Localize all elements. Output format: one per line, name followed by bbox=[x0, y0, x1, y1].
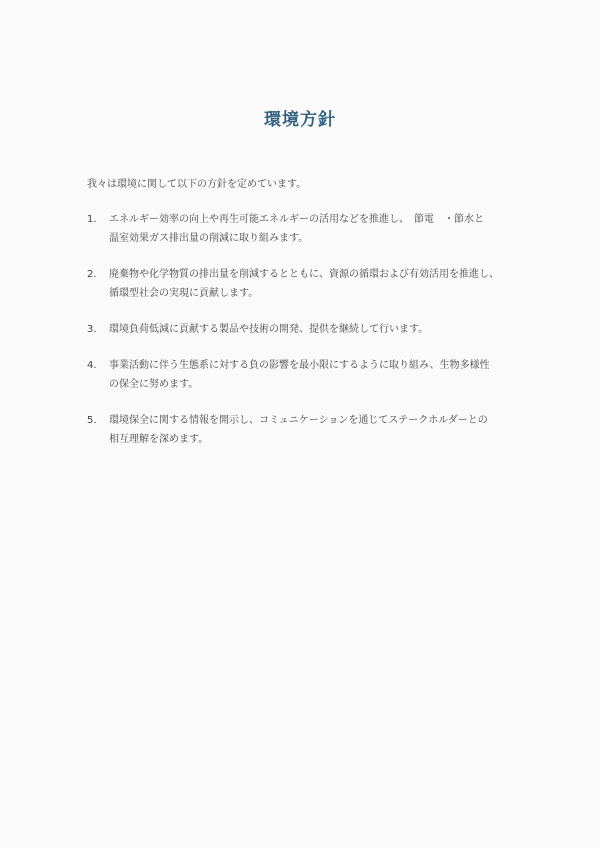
policy-list: 1. エネルギー効率の向上や再生可能エネルギーの活用などを推進し、 節電 ・節水… bbox=[87, 210, 547, 466]
intro-text: 我々は環境に関して以下の方針を定めています。 bbox=[87, 175, 306, 190]
item-number: 1. bbox=[87, 210, 97, 229]
policy-item-1: 1. エネルギー効率の向上や再生可能エネルギーの活用などを推進し、 節電 ・節水… bbox=[87, 210, 547, 248]
item-text-line: 事業活動に伴う生態系に対する負の影響を最小限にするように取り組み、生物多様性 bbox=[109, 356, 547, 375]
item-text-line: 循環型社会の実現に貢献します。 bbox=[109, 284, 547, 303]
item-text-line: の保全に努めます。 bbox=[109, 375, 547, 394]
item-text-line: 相互理解を深めます。 bbox=[109, 430, 547, 449]
item-text-line: 温室効果ガス排出量の削減に取り組みます。 bbox=[109, 229, 547, 248]
item-text-line: 環境保全に関する情報を開示し、コミュニケーションを通じてステークホルダーとの bbox=[109, 411, 547, 430]
item-number: 4. bbox=[87, 356, 97, 375]
policy-item-5: 5. 環境保全に関する情報を開示し、コミュニケーションを通じてステークホルダーと… bbox=[87, 411, 547, 449]
policy-item-2: 2. 廃棄物や化学物質の排出量を削減するとともに、資源の循環および有効活用を推進… bbox=[87, 265, 547, 303]
policy-item-3: 3. 環境負荷低減に貢献する製品や技術の開発、提供を継続して行います。 bbox=[87, 320, 547, 339]
item-text-line: エネルギー効率の向上や再生可能エネルギーの活用などを推進し、 節電 ・節水と bbox=[109, 210, 547, 229]
policy-item-4: 4. 事業活動に伴う生態系に対する負の影響を最小限にするように取り組み、生物多様… bbox=[87, 356, 547, 394]
item-text-line: 環境負荷低減に貢献する製品や技術の開発、提供を継続して行います。 bbox=[109, 320, 547, 339]
item-number: 2. bbox=[87, 265, 97, 284]
item-number: 3. bbox=[87, 320, 97, 339]
page-title: 環境方針 bbox=[0, 105, 600, 130]
item-number: 5. bbox=[87, 411, 97, 430]
item-text-line: 廃棄物や化学物質の排出量を削減するとともに、資源の循環および有効活用を推進し、 bbox=[109, 265, 547, 284]
